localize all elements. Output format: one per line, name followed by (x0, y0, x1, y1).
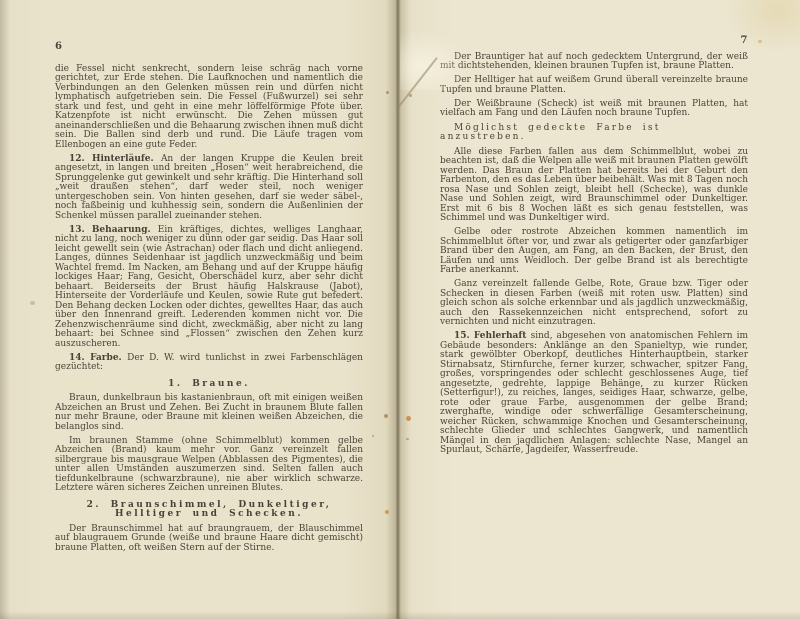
paragraph: 12. Hinterläufe. An der langen Kruppe di… (55, 155, 363, 222)
paragraph: Braun, dunkelbraun bis kastanienbraun, o… (55, 394, 363, 432)
paragraph-lead: 14. Farbe. (69, 353, 127, 363)
page-left: 6 die Fessel nicht senkrecht, sondern le… (0, 0, 397, 619)
paragraph-lead: 12. Hinterläufe. (69, 154, 161, 164)
paragraph-lead: 13. Behaarung. (69, 225, 158, 235)
paragraph: Ganz vereinzelt fallende Gelbe, Rote, Gr… (440, 280, 748, 328)
paragraph-lead: 15. Fehlerhaft (454, 331, 531, 341)
paragraph: Möglichst gedeckte Farbe ist anzustreben… (440, 124, 748, 143)
paragraph: Alle diese Farben fallen aus dem Schimme… (440, 148, 748, 224)
page-left-content: die Fessel nicht senkrecht, sondern leis… (55, 65, 363, 554)
paragraph: 13. Behaarung. Ein kräftiges, dichtes, w… (55, 226, 363, 350)
page-right-content: Der Brauntiger hat auf noch gedecktem Un… (440, 53, 748, 456)
paragraph: Der Weißbraune (Scheck) ist weiß mit bra… (440, 100, 748, 119)
book-scan: 6 die Fessel nicht senkrecht, sondern le… (0, 0, 800, 619)
section-heading: 1. Braune. (55, 380, 363, 390)
paragraph: Der Braunschimmel hat auf braungrauem, d… (55, 525, 363, 554)
paragraph: 15. Fehlerhaft sind, abgesehen von anato… (440, 332, 748, 456)
paragraph: 14. Farbe. Der D. W. wird tunlichst in z… (55, 354, 363, 373)
paragraph: die Fessel nicht senkrecht, sondern leis… (55, 65, 363, 151)
page-number-left: 6 (55, 42, 363, 52)
paragraph: Der Helltiger hat auf weißem Grund übera… (440, 76, 748, 95)
paragraph: Der Brauntiger hat auf noch gedecktem Un… (440, 53, 748, 72)
section-heading: 2. Braunschimmel, Dunkeltiger, Helltiger… (55, 501, 363, 520)
paragraph: Gelbe oder rostrote Abzeichen kommen nam… (440, 228, 748, 276)
page-number-right: 7 (440, 36, 748, 46)
page-right: 7 Der Brauntiger hat auf noch gedecktem … (397, 0, 800, 619)
paragraph: Im braunen Stamme (ohne Schimmelblut) ko… (55, 437, 363, 494)
